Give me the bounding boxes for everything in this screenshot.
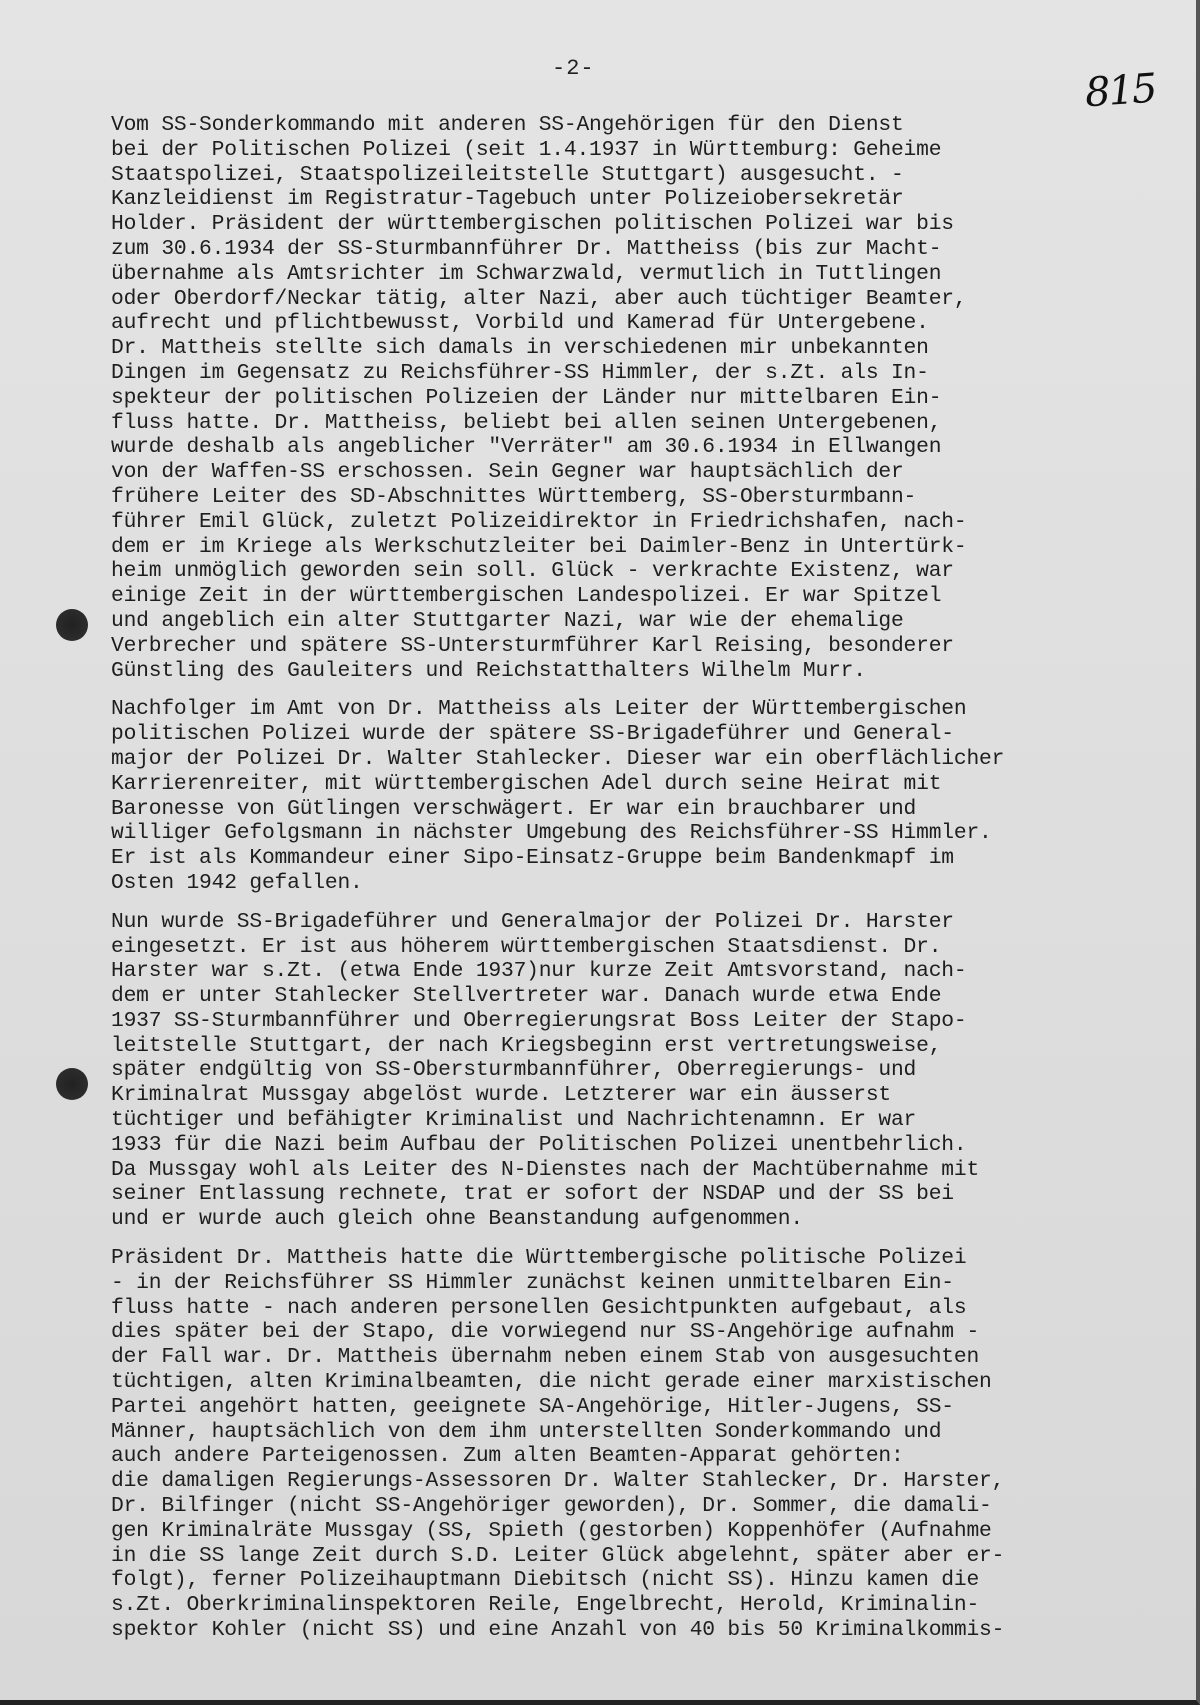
text-line: dem er im Kriege als Werkschutzleiter be… bbox=[111, 535, 1171, 560]
text-line: leitstelle Stuttgart, der nach Kriegsbeg… bbox=[111, 1034, 1171, 1059]
text-line: später endgültig von SS-Obersturmbannfüh… bbox=[111, 1058, 1171, 1083]
text-line: auch andere Parteigenossen. Zum alten Be… bbox=[111, 1444, 1171, 1469]
text-line: einige Zeit in der württembergischen Lan… bbox=[111, 584, 1171, 609]
text-line: williger Gefolgsmann in nächster Umgebun… bbox=[111, 821, 1171, 846]
text-line: - in der Reichsführer SS Himmler zunächs… bbox=[111, 1271, 1171, 1296]
text-line: Dr. Mattheis stellte sich damals in vers… bbox=[111, 336, 1171, 361]
text-line: Nun wurde SS-Brigadeführer und Generalma… bbox=[111, 910, 1171, 935]
paragraph-3: Nun wurde SS-Brigadeführer und Generalma… bbox=[111, 910, 1171, 1232]
typewritten-body: Vom SS-Sonderkommando mit anderen SS-Ang… bbox=[111, 113, 1171, 1657]
text-line: spekteur der politischen Polizeien der L… bbox=[111, 386, 1171, 411]
text-line: Staatspolizei, Staatspolizeileitstelle S… bbox=[111, 163, 1171, 188]
text-line: aufrecht und pflichtbewusst, Vorbild und… bbox=[111, 311, 1171, 336]
text-line: Karrierenreiter, mit württembergischen A… bbox=[111, 772, 1171, 797]
text-line: Nachfolger im Amt von Dr. Mattheiss als … bbox=[111, 697, 1171, 722]
document-page: -2- 815 Vom SS-Sonderkommando mit andere… bbox=[0, 0, 1200, 1705]
text-line: Da Mussgay wohl als Leiter des N-Dienste… bbox=[111, 1158, 1171, 1183]
text-line: 1933 für die Nazi beim Aufbau der Politi… bbox=[111, 1133, 1171, 1158]
text-line: Dr. Bilfinger (nicht SS-Angehöriger gewo… bbox=[111, 1494, 1171, 1519]
text-line: folgt), ferner Polizeihauptmann Diebitsc… bbox=[111, 1568, 1171, 1593]
text-line: Verbrecher und spätere SS-Untersturmführ… bbox=[111, 634, 1171, 659]
text-line: spektor Kohler (nicht SS) und eine Anzah… bbox=[111, 1618, 1171, 1643]
text-line: die damaligen Regierungs-Assessoren Dr. … bbox=[111, 1469, 1171, 1494]
text-line: s.Zt. Oberkriminalinspektoren Reile, Eng… bbox=[111, 1593, 1171, 1618]
text-line: Kriminalrat Mussgay abgelöst wurde. Letz… bbox=[111, 1083, 1171, 1108]
text-line: von der Waffen-SS erschossen. Sein Gegne… bbox=[111, 460, 1171, 485]
text-line: Präsident Dr. Mattheis hatte die Württem… bbox=[111, 1246, 1171, 1271]
text-line: Günstling des Gauleiters und Reichstatth… bbox=[111, 659, 1171, 684]
text-line: Holder. Präsident der württembergischen … bbox=[111, 212, 1171, 237]
text-line: Kanzleidienst im Registratur-Tagebuch un… bbox=[111, 187, 1171, 212]
text-line: und er wurde auch gleich ohne Beanstandu… bbox=[111, 1207, 1171, 1232]
text-line: fluss hatte. Dr. Mattheiss, beliebt bei … bbox=[111, 411, 1171, 436]
text-line: politischen Polizei wurde der spätere SS… bbox=[111, 722, 1171, 747]
text-line: heim unmöglich geworden sein soll. Glück… bbox=[111, 559, 1171, 584]
text-line: Baronesse von Gütlingen verschwägert. Er… bbox=[111, 797, 1171, 822]
text-line: Dingen im Gegensatz zu Reichsführer-SS H… bbox=[111, 361, 1171, 386]
text-line: major der Polizei Dr. Walter Stahlecker.… bbox=[111, 747, 1171, 772]
text-line: und angeblich ein alter Stuttgarter Nazi… bbox=[111, 609, 1171, 634]
text-line: fluss hatte - nach anderen personellen G… bbox=[111, 1296, 1171, 1321]
paragraph-4: Präsident Dr. Mattheis hatte die Württem… bbox=[111, 1246, 1171, 1643]
text-line: Partei angehört hatten, geeignete SA-Ang… bbox=[111, 1395, 1171, 1420]
text-line: frühere Leiter des SD-Abschnittes Württe… bbox=[111, 485, 1171, 510]
text-line: Osten 1942 gefallen. bbox=[111, 871, 1171, 896]
text-line: übernahme als Amtsrichter im Schwarzwald… bbox=[111, 262, 1171, 287]
text-line: führer Emil Glück, zuletzt Polizeidirekt… bbox=[111, 510, 1171, 535]
text-line: tüchtiger und befähigter Kriminalist und… bbox=[111, 1108, 1171, 1133]
text-line: wurde deshalb als angeblicher "Verräter"… bbox=[111, 435, 1171, 460]
text-line: oder Oberdorf/Neckar tätig, alter Nazi, … bbox=[111, 287, 1171, 312]
handwritten-archive-number: 815 bbox=[1083, 66, 1156, 117]
text-line: eingesetzt. Er ist aus höherem württembe… bbox=[111, 935, 1171, 960]
text-line: Harster war s.Zt. (etwa Ende 1937)nur ku… bbox=[111, 959, 1171, 984]
text-line: bei der Politischen Polizei (seit 1.4.19… bbox=[111, 138, 1171, 163]
text-line: dies später bei der Stapo, die vorwiegen… bbox=[111, 1320, 1171, 1345]
text-line: der Fall war. Dr. Mattheis übernahm nebe… bbox=[111, 1345, 1171, 1370]
text-line: zum 30.6.1934 der SS-Sturmbannführer Dr.… bbox=[111, 237, 1171, 262]
paragraph-2: Nachfolger im Amt von Dr. Mattheiss als … bbox=[111, 697, 1171, 895]
text-line: in die SS lange Zeit durch S.D. Leiter G… bbox=[111, 1544, 1171, 1569]
text-line: 1937 SS-Sturmbannführer und Oberregierun… bbox=[111, 1009, 1171, 1034]
text-line: dem er unter Stahlecker Stellvertreter w… bbox=[111, 984, 1171, 1009]
page-number: -2- bbox=[552, 56, 595, 81]
text-line: Er ist als Kommandeur einer Sipo-Einsatz… bbox=[111, 846, 1171, 871]
hole-punch-icon bbox=[56, 1068, 88, 1100]
text-line: tüchtigen, alten Kriminalbeamten, die ni… bbox=[111, 1370, 1171, 1395]
text-line: Männer, hauptsächlich von dem ihm unters… bbox=[111, 1420, 1171, 1445]
text-line: gen Kriminalräte Mussgay (SS, Spieth (ge… bbox=[111, 1519, 1171, 1544]
hole-punch-icon bbox=[56, 609, 88, 641]
paragraph-1: Vom SS-Sonderkommando mit anderen SS-Ang… bbox=[111, 113, 1171, 683]
text-line: Vom SS-Sonderkommando mit anderen SS-Ang… bbox=[111, 113, 1171, 138]
text-line: seiner Entlassung rechnete, trat er sofo… bbox=[111, 1182, 1171, 1207]
